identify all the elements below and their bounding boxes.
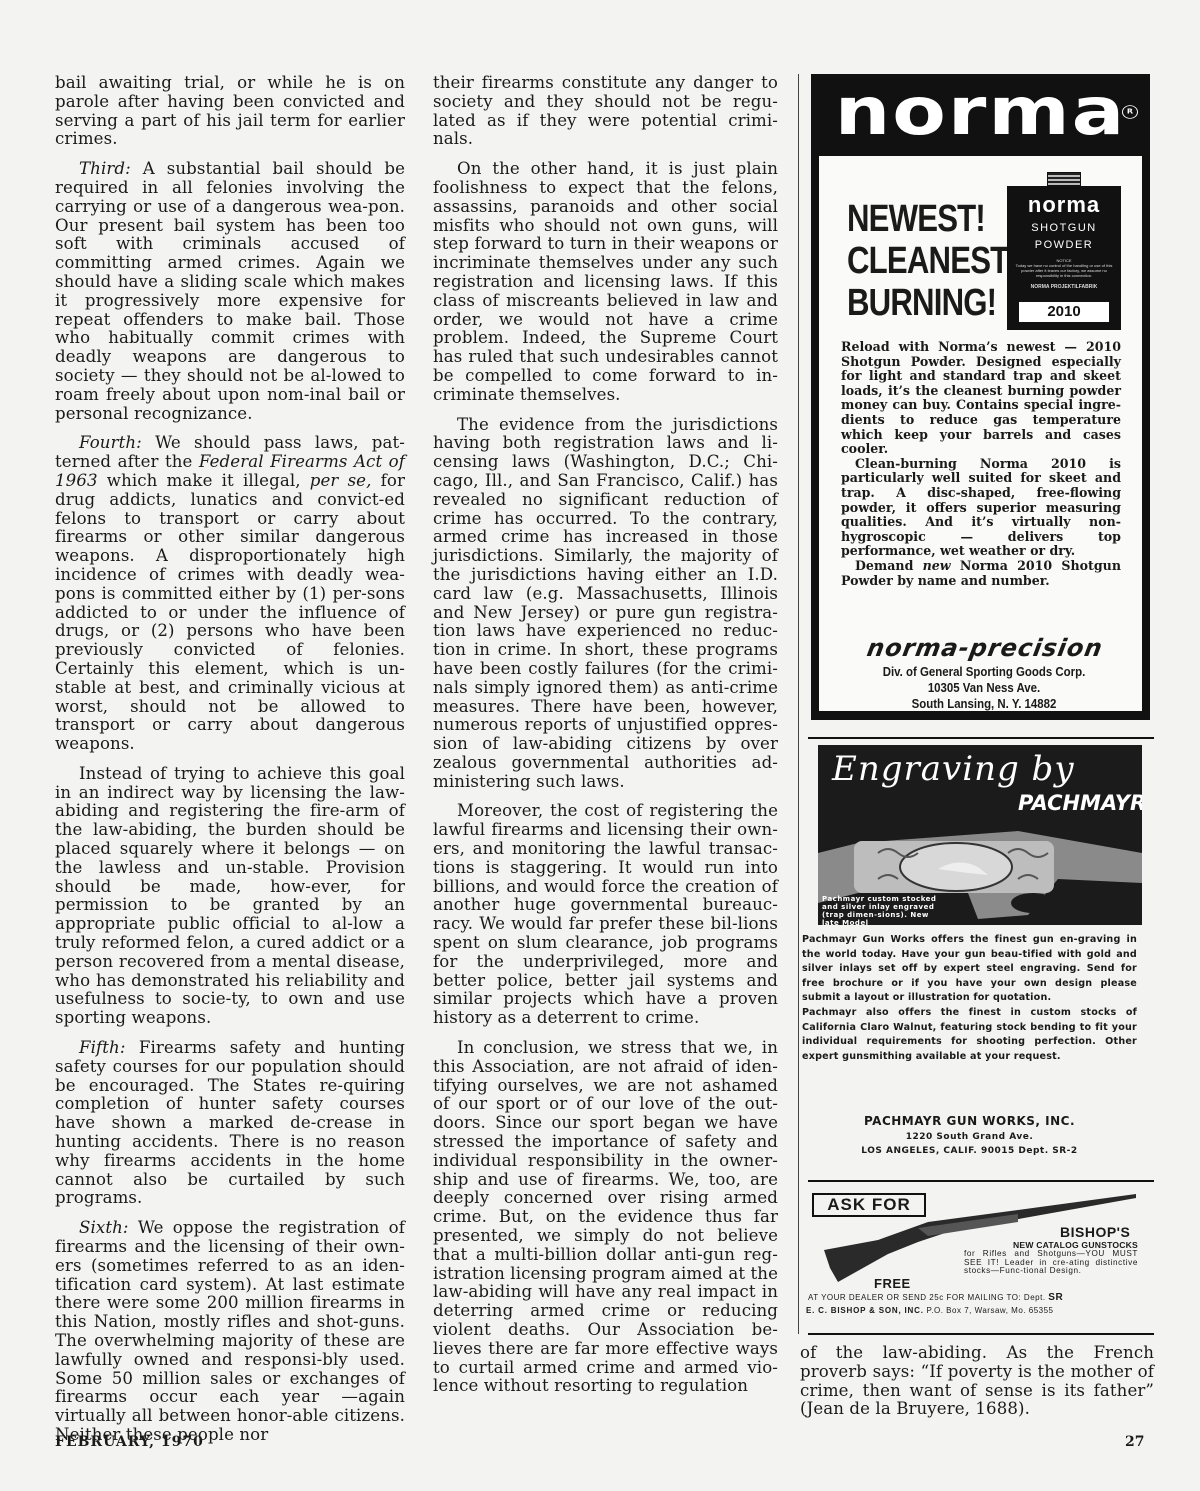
norma-ad-panel: NEWEST! CLEANEST BURNING! norma SHOTGUN … [819,156,1142,711]
pachmayr-brand: PACHMAYR [1018,791,1142,815]
paragraph: Moreover, the cost of registering the la… [433,802,778,1028]
ad-divider [808,737,1154,739]
bishop-description: for Rifles and Shotguns—YOU MUST SEE IT!… [964,1250,1138,1276]
article-column-2: their firearms constitute any danger to … [433,74,778,1407]
ad-divider [808,1180,1154,1182]
bishop-address: E. C. BISHOP & SON, INC. P.O. Box 7, War… [806,1306,1146,1315]
norma-headline: NEWEST! CLEANEST BURNING! [847,198,1008,324]
powder-can-image: norma SHOTGUN POWDER NOTICE Today we hav… [1007,172,1121,330]
can-cap-icon [1047,172,1081,186]
norma-address: Div. of General Sporting Goods Corp. 103… [848,664,1121,712]
point-label: Sixth: [79,1218,129,1237]
pachmayr-ad-copy: Pachmayr Gun Works offers the finest gun… [802,933,1137,1064]
norma-logo: norma R [819,87,1142,138]
paragraph-fourth: Fourth: We should pass laws, pat-terned … [55,434,405,754]
paragraph: On the other hand, it is just plain fool… [433,160,778,404]
article-column-3-tail: of the law-abiding. As the French prover… [800,1344,1154,1430]
bishop-title: BISHOP'S [1060,1224,1130,1240]
point-label: Fifth: [79,1038,126,1057]
point-label: Third: [79,159,131,178]
norma-advertisement: norma R NEWEST! CLEANEST BURNING! norma … [811,74,1150,720]
paragraph: bail awaiting trial, or while he is on p… [55,74,405,149]
paragraph-sixth: Sixth: We oppose the registration of fir… [55,1219,405,1445]
ad-divider [808,1333,1154,1335]
paragraph-third: Third: A substantial bail should be requ… [55,160,405,423]
paragraph-fifth: Fifth: Firearms safety and hunting safet… [55,1039,405,1208]
pachmayr-address: PACHMAYR GUN WORKS, INC. 1220 South Gran… [802,1113,1137,1158]
mailing-instructions: AT YOUR DEALER OR SEND 25c FOR MAILING T… [808,1292,1148,1303]
ask-for-box: ASK FOR [812,1193,926,1217]
paragraph: Instead of trying to achieve this goal i… [55,765,405,1028]
pachmayr-script-title: Engraving by [832,749,1075,789]
paragraph: their firearms constitute any danger to … [433,74,778,149]
paragraph: of the law-abiding. As the French prover… [800,1344,1154,1419]
norma-ad-copy: Reload with Norma’s newest — 2010 Shotgu… [841,340,1121,588]
paragraph: In conclusion, we stress that we, in thi… [433,1039,778,1396]
page-number: 27 [1125,1434,1144,1450]
article-column-1: bail awaiting trial, or while he is on p… [55,74,405,1456]
column-rule [798,74,799,1334]
issue-date: FEBRUARY, 1970 [55,1434,204,1450]
photo-caption: Pachmayr custom stocked and silver inlay… [822,895,942,925]
paragraph: The evidence from the jurisdictions havi… [433,416,778,792]
registered-mark-icon: R [1122,105,1138,119]
pachmayr-engraving-photo: Engraving by PACHMAYR Pachmayr custom st… [818,745,1142,925]
norma-precision-logo: norma-precision [839,634,1132,662]
point-label: Fourth: [79,433,142,452]
can-label: 2010 [1019,302,1109,322]
free-label: FREE [874,1276,911,1291]
